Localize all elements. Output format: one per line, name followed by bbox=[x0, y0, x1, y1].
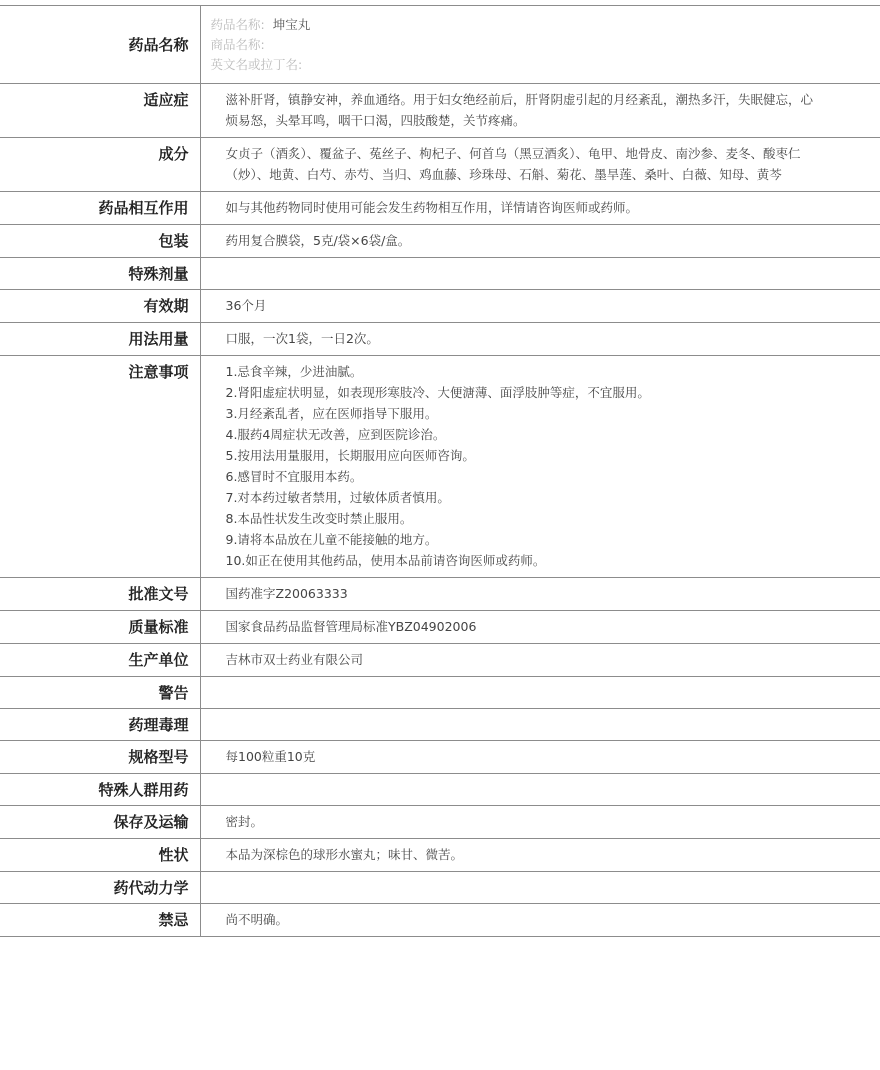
value-description: 本品为深棕色的球形水蜜丸；味甘、微苦。 bbox=[200, 839, 880, 872]
generic-name-line: 药品名称:坤宝丸 bbox=[211, 15, 821, 35]
trade-name-line: 商品名称: bbox=[211, 35, 821, 55]
precaution-item: 9.请将本品放在儿童不能接触的地方。 bbox=[226, 529, 821, 550]
value-precautions: 1.忌食辛辣，少进油腻。 2.肾阳虚症状明显，如表现形寒肢冷、大便溏薄、面浮肢肿… bbox=[200, 356, 880, 578]
row-interactions: 药品相互作用 如与其他药物同时使用可能会发生药物相互作用，详情请咨询医师或药师。 bbox=[0, 192, 880, 225]
precaution-item: 5.按用法用量服用，长期服用应向医师咨询。 bbox=[226, 445, 821, 466]
row-drug-name: 药品名称 药品名称:坤宝丸 商品名称: 英文名或拉丁名: bbox=[0, 6, 880, 84]
row-manufacturer: 生产单位 吉林市双士药业有限公司 bbox=[0, 644, 880, 677]
row-contraindications: 禁忌 尚不明确。 bbox=[0, 904, 880, 937]
label-interactions: 药品相互作用 bbox=[0, 192, 200, 225]
value-quality-standard: 国家食品药品监督管理局标准YBZ04902006 bbox=[200, 611, 880, 644]
precaution-item: 2.肾阳虚症状明显，如表现形寒肢冷、大便溏薄、面浮肢肿等症，不宜服用。 bbox=[226, 382, 821, 403]
precaution-item: 1.忌食辛辣，少进油腻。 bbox=[226, 361, 821, 382]
row-pharmacokinetics: 药代动力学 bbox=[0, 872, 880, 904]
row-specification: 规格型号 每100粒重10克 bbox=[0, 741, 880, 774]
row-pharmacology: 药理毒理 bbox=[0, 709, 880, 741]
row-packaging: 包装 药用复合膜袋，5克/袋×6袋/盒。 bbox=[0, 225, 880, 258]
row-approval-number: 批准文号 国药准字Z20063333 bbox=[0, 578, 880, 611]
drug-name-block: 药品名称:坤宝丸 商品名称: 英文名或拉丁名: bbox=[200, 6, 880, 84]
generic-name-value: 坤宝丸 bbox=[273, 17, 311, 32]
value-manufacturer: 吉林市双士药业有限公司 bbox=[200, 644, 880, 677]
label-storage: 保存及运输 bbox=[0, 806, 200, 839]
value-specification: 每100粒重10克 bbox=[200, 741, 880, 774]
precaution-item: 3.月经紊乱者，应在医师指导下服用。 bbox=[226, 403, 821, 424]
label-pharmacology: 药理毒理 bbox=[0, 709, 200, 741]
value-special-dosage bbox=[200, 258, 880, 290]
precaution-item: 7.对本药过敏者禁用，过敏体质者慎用。 bbox=[226, 487, 821, 508]
value-contraindications: 尚不明确。 bbox=[200, 904, 880, 937]
row-ingredients: 成分 女贞子（酒炙）、覆盆子、菟丝子、枸杞子、何首乌（黑豆酒炙）、龟甲、地骨皮、… bbox=[0, 138, 880, 192]
row-dosage: 用法用量 口服，一次1袋，一日2次。 bbox=[0, 323, 880, 356]
value-dosage: 口服，一次1袋，一日2次。 bbox=[200, 323, 880, 356]
label-indications: 适应症 bbox=[0, 84, 200, 138]
value-shelf-life: 36个月 bbox=[200, 290, 880, 323]
english-name-label: 英文名或拉丁名: bbox=[211, 57, 303, 72]
label-special-dosage: 特殊剂量 bbox=[0, 258, 200, 290]
label-contraindications: 禁忌 bbox=[0, 904, 200, 937]
english-name-line: 英文名或拉丁名: bbox=[211, 55, 821, 75]
value-indications: 滋补肝肾，镇静安神，养血通络。用于妇女绝经前后，肝肾阴虚引起的月经紊乱，潮热多汗… bbox=[200, 84, 880, 138]
label-manufacturer: 生产单位 bbox=[0, 644, 200, 677]
row-indications: 适应症 滋补肝肾，镇静安神，养血通络。用于妇女绝经前后，肝肾阴虚引起的月经紊乱，… bbox=[0, 84, 880, 138]
row-quality-standard: 质量标准 国家食品药品监督管理局标准YBZ04902006 bbox=[0, 611, 880, 644]
generic-name-label: 药品名称: bbox=[211, 17, 265, 32]
value-storage: 密封。 bbox=[200, 806, 880, 839]
label-precautions: 注意事项 bbox=[0, 356, 200, 578]
value-warning bbox=[200, 677, 880, 709]
value-interactions: 如与其他药物同时使用可能会发生药物相互作用，详情请咨询医师或药师。 bbox=[200, 192, 880, 225]
precaution-item: 8.本品性状发生改变时禁止服用。 bbox=[226, 508, 821, 529]
value-packaging: 药用复合膜袋，5克/袋×6袋/盒。 bbox=[200, 225, 880, 258]
label-approval-number: 批准文号 bbox=[0, 578, 200, 611]
label-specification: 规格型号 bbox=[0, 741, 200, 774]
label-dosage: 用法用量 bbox=[0, 323, 200, 356]
row-storage: 保存及运输 密封。 bbox=[0, 806, 880, 839]
precaution-item: 10.如正在使用其他药品，使用本品前请咨询医师或药师。 bbox=[226, 550, 821, 571]
label-special-populations: 特殊人群用药 bbox=[0, 774, 200, 806]
label-ingredients: 成分 bbox=[0, 138, 200, 192]
label-drug-name: 药品名称 bbox=[0, 6, 200, 84]
value-pharmacology bbox=[200, 709, 880, 741]
drug-spec-table: 药品名称 药品名称:坤宝丸 商品名称: 英文名或拉丁名: 适应症 滋补肝肾，镇静… bbox=[0, 5, 880, 937]
label-quality-standard: 质量标准 bbox=[0, 611, 200, 644]
row-special-populations: 特殊人群用药 bbox=[0, 774, 880, 806]
label-description: 性状 bbox=[0, 839, 200, 872]
trade-name-label: 商品名称: bbox=[211, 37, 265, 52]
value-ingredients: 女贞子（酒炙）、覆盆子、菟丝子、枸杞子、何首乌（黑豆酒炙）、龟甲、地骨皮、南沙参… bbox=[200, 138, 880, 192]
value-pharmacokinetics bbox=[200, 872, 880, 904]
row-special-dosage: 特殊剂量 bbox=[0, 258, 880, 290]
row-shelf-life: 有效期 36个月 bbox=[0, 290, 880, 323]
precaution-item: 4.服药4周症状无改善，应到医院诊治。 bbox=[226, 424, 821, 445]
label-pharmacokinetics: 药代动力学 bbox=[0, 872, 200, 904]
row-warning: 警告 bbox=[0, 677, 880, 709]
row-precautions: 注意事项 1.忌食辛辣，少进油腻。 2.肾阳虚症状明显，如表现形寒肢冷、大便溏薄… bbox=[0, 356, 880, 578]
label-warning: 警告 bbox=[0, 677, 200, 709]
value-approval-number: 国药准字Z20063333 bbox=[200, 578, 880, 611]
value-special-populations bbox=[200, 774, 880, 806]
label-shelf-life: 有效期 bbox=[0, 290, 200, 323]
row-description: 性状 本品为深棕色的球形水蜜丸；味甘、微苦。 bbox=[0, 839, 880, 872]
precaution-item: 6.感冒时不宜服用本药。 bbox=[226, 466, 821, 487]
label-packaging: 包装 bbox=[0, 225, 200, 258]
